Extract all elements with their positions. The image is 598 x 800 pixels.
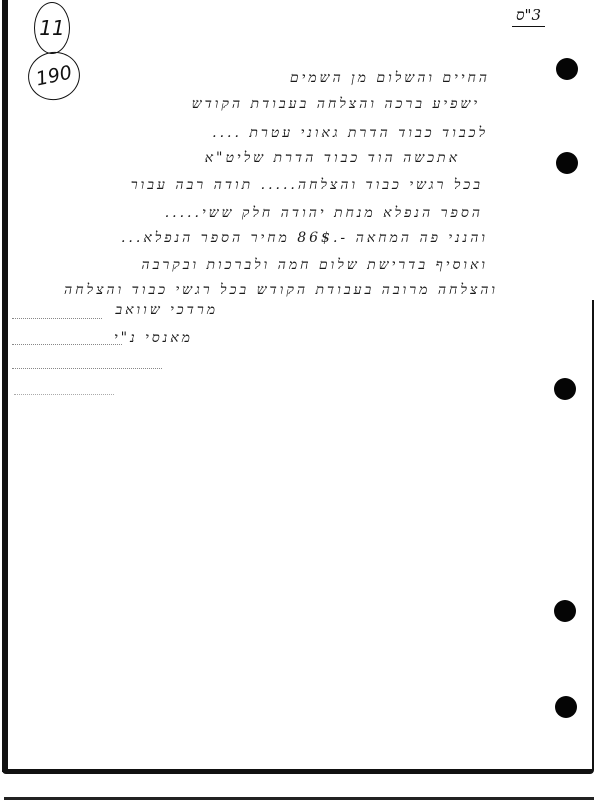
faint-dotted-line bbox=[12, 368, 162, 369]
letter-line: בכל רגשי כבוד והצלחה..... תודה רבה עבור bbox=[131, 177, 483, 194]
letter-line: החיים והשלום מן השמים bbox=[290, 70, 490, 87]
letter-line: ואוסיף בדרישת שלום חמה ולברכות ובקרבה bbox=[141, 257, 488, 274]
faint-dotted-line bbox=[14, 394, 114, 395]
punch-hole-icon bbox=[554, 378, 576, 400]
letter-line: ישפיע ברכה והצלחה בעבודת הקודש bbox=[192, 96, 480, 113]
page-left-border bbox=[2, 0, 8, 772]
faint-dotted-line bbox=[12, 344, 122, 345]
letter-line: אתכשה הוד כבוד הדרת שליט"א bbox=[205, 150, 460, 167]
punch-hole-icon bbox=[554, 600, 576, 622]
letter-line: והנני פה המחאה -.86$ מחיר הספר הנפלא... bbox=[121, 230, 488, 247]
margin-number-oval: 190 bbox=[24, 47, 85, 105]
punch-hole-icon bbox=[555, 696, 577, 718]
punch-hole-icon bbox=[556, 152, 578, 174]
margin-number-oval: 11 bbox=[34, 2, 70, 54]
punch-hole-icon bbox=[556, 58, 578, 80]
corner-annotation: 3"ס bbox=[512, 6, 545, 27]
signature-name: מרדכי שוואב bbox=[115, 302, 218, 319]
page-bottom-border bbox=[2, 769, 594, 774]
letter-line: הספר הנפלא מנחת יהודה חלק ששי..... bbox=[165, 205, 483, 222]
letter-line: לכבוד כבוד הדרת גאוני עטרת .... bbox=[212, 125, 488, 142]
page-right-border bbox=[592, 300, 594, 770]
faint-dotted-line bbox=[12, 318, 102, 319]
letter-line: והצלחה מרובה בעבודת הקודש בכל רגשי כבוד … bbox=[64, 282, 498, 299]
signature-place: מאנסי נ"י bbox=[114, 330, 193, 347]
scanned-letter-page: 11 190 3"ס החיים והשלום מן השמים ישפיע ב… bbox=[0, 0, 598, 800]
